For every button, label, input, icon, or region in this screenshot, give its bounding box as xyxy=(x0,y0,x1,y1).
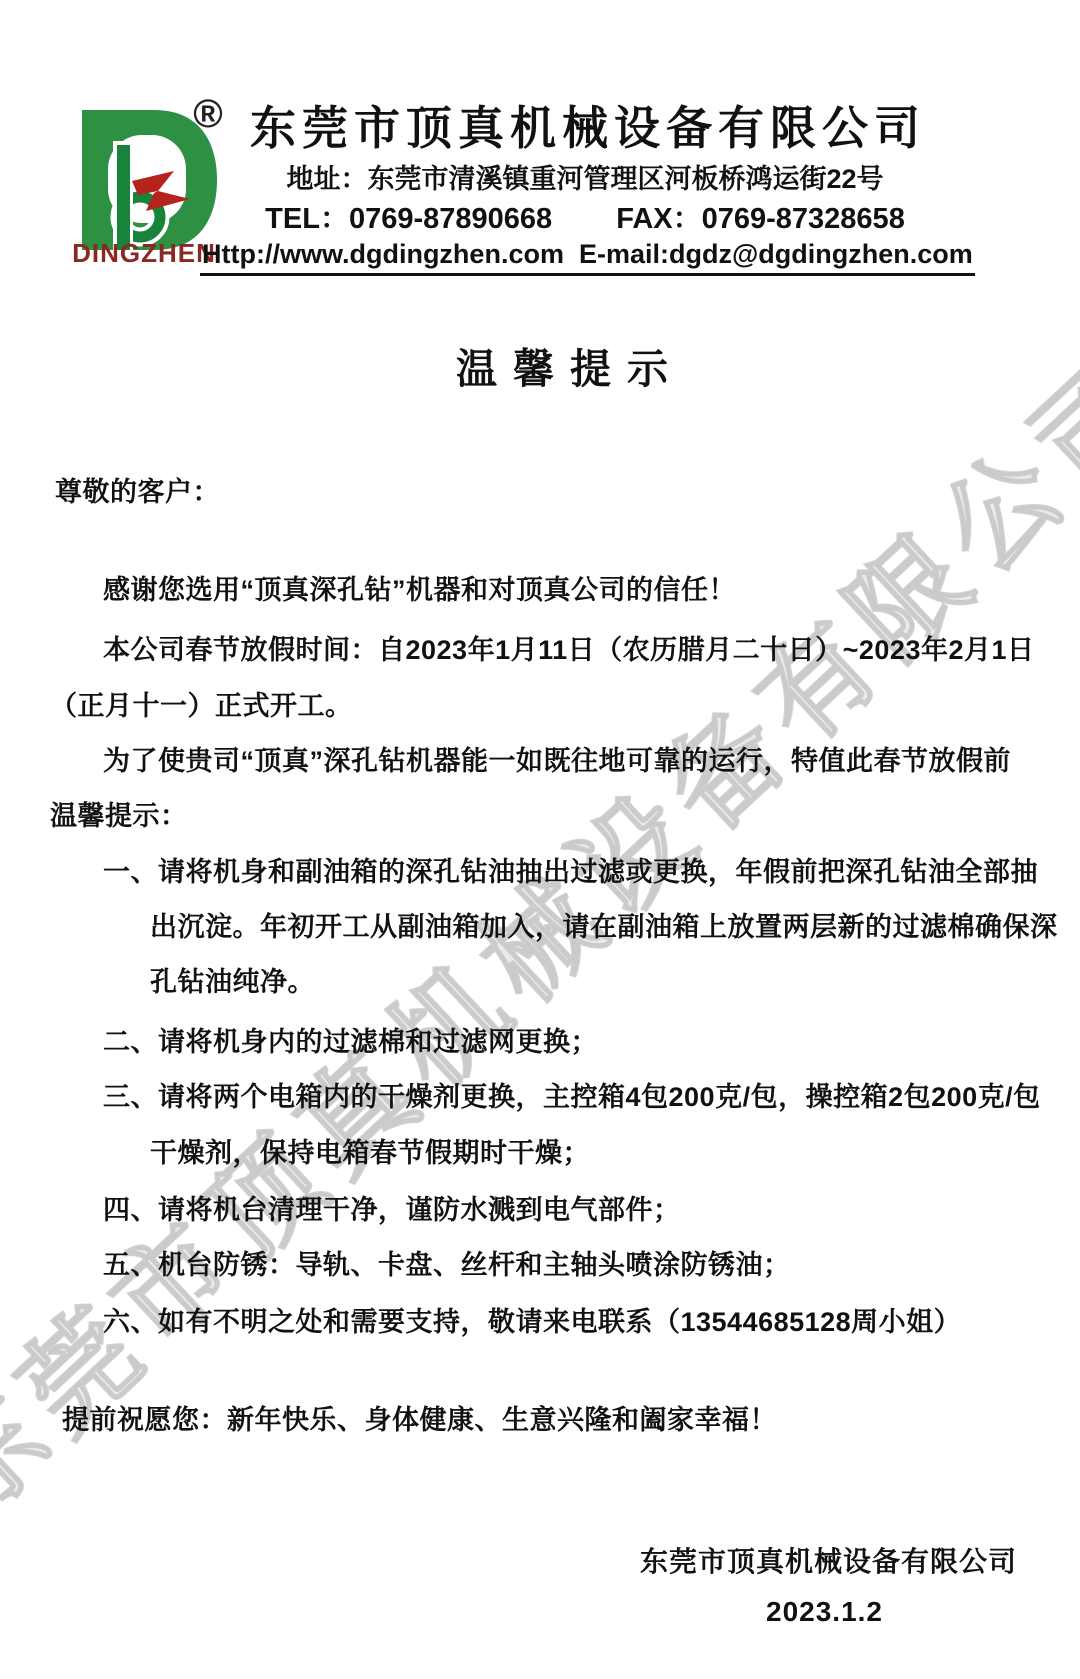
tel-fax-line: TEL：0769-87890668 FAX：0769-87328658 xyxy=(250,196,920,237)
scanned-notice-document: 东莞市顶真机械设备有限公司 ® DINGZHEN 东莞市顶真机械设备有限公司 地… xyxy=(0,0,1080,1679)
salutation-line: 尊敬的客户： xyxy=(55,470,220,509)
thanks-line: 感谢您选用“顶真深孔钻”机器和对顶真公司的信任！ xyxy=(103,568,736,607)
document-content: ® DINGZHEN 东莞市顶真机械设备有限公司 地址：东莞市清溪镇重河管理区河… xyxy=(0,0,1080,1679)
item1-line1: 一、请将机身和副油箱的深孔钻油抽出过滤或更换，年假前把深孔钻油全部抽 xyxy=(103,850,1038,889)
item3-line2: 干燥剂，保持电箱春节假期时干燥； xyxy=(150,1131,590,1170)
notice-title: 温馨提示 xyxy=(30,336,1080,395)
work-resume-line: （正月十一）正式开工。 xyxy=(50,684,353,723)
company-name-heading: 东莞市顶真机械设备有限公司 xyxy=(250,92,920,158)
item1-line3: 孔钻油纯净。 xyxy=(150,960,315,999)
closing-wish-line: 提前祝愿您：新年快乐、身体健康、生意兴隆和阖家幸福！ xyxy=(62,1398,777,1437)
web-email-line: Http://www.dgdingzhen.com E-mail:dgdz@dg… xyxy=(200,239,945,276)
reminder-label-line: 温馨提示： xyxy=(50,794,188,833)
registered-trademark-icon: ® xyxy=(190,96,226,132)
signature-company: 东莞市顶真机械设备有限公司 xyxy=(640,1540,1017,1580)
holiday-dates-line: 本公司春节放假时间：自2023年1月11日（农历腊月二十日）~2023年2月1日 xyxy=(103,628,1035,667)
purpose-line: 为了使贵司“顶真”深孔钻机器能一如既往地可靠的运行，特值此春节放假前 xyxy=(103,739,1011,778)
item5-line: 五、机台防锈：导轨、卡盘、丝杆和主轴头喷涂防锈油； xyxy=(103,1243,791,1282)
item1-line2: 出沉淀。年初开工从副油箱加入，请在副油箱上放置两层新的过滤棉确保深 xyxy=(150,905,1058,944)
signature-date: 2023.1.2 xyxy=(766,1596,883,1628)
item3-line1: 三、请将两个电箱内的干燥剂更换，主控箱4包200克/包，操控箱2包200克/包 xyxy=(103,1075,1041,1114)
item2-line: 二、请将机身内的过滤棉和过滤网更换； xyxy=(103,1020,598,1059)
item6-line: 六、如有不明之处和需要支持，敬请来电联系（13544685128周小姐） xyxy=(103,1300,961,1339)
website-and-email-text: Http://www.dgdingzhen.com E-mail:dgdz@dg… xyxy=(200,239,975,276)
item4-line: 四、请将机台清理干净，谨防水溅到电气部件； xyxy=(103,1188,681,1227)
tel-number: TEL：0769-87890668 xyxy=(265,203,552,235)
company-address: 地址：东莞市清溪镇重河管理区河板桥鸿运街22号 xyxy=(250,157,920,196)
fax-number: FAX：0769-87328658 xyxy=(616,203,905,235)
